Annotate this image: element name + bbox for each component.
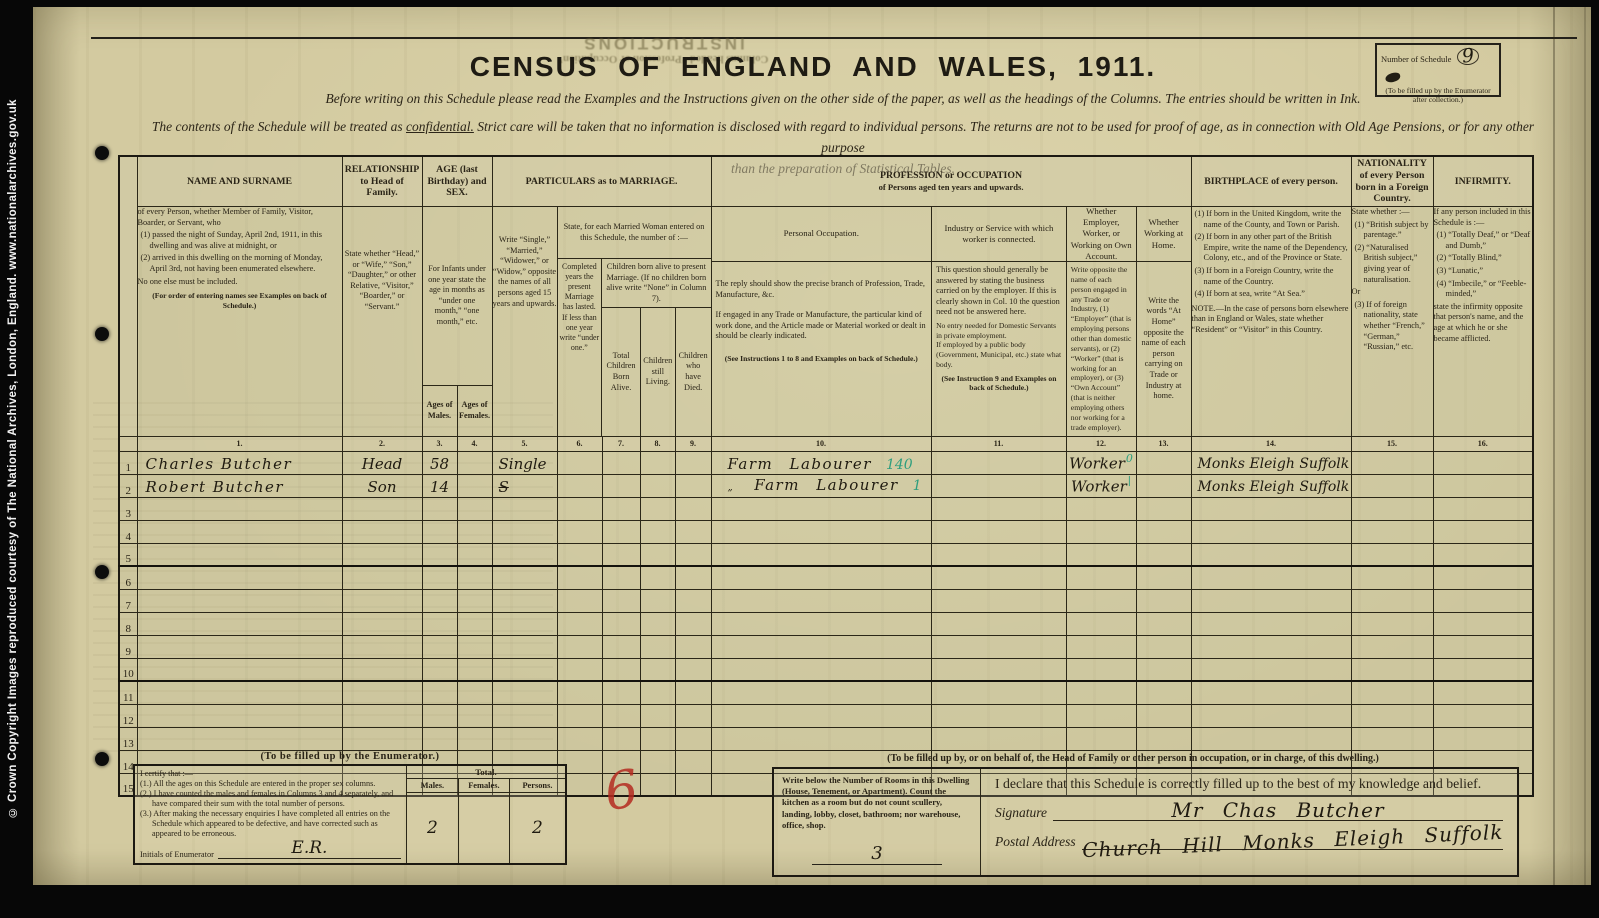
col-birthplace-title: BIRTHPLACE of every person. [1191,156,1351,207]
schedule-number-box: Number of Schedule 9 (To be filled up by… [1375,43,1501,97]
cell-name [137,635,342,658]
cell-died [675,773,711,796]
scanned-census-page: © Crown Copyright Images reproduced cour… [0,0,1599,918]
preamble2-pre: The contents of the Schedule will be tre… [152,119,406,134]
married-woman-header: State, for each Married Woman entered on… [558,207,711,259]
handwritten-entry: Head [362,455,403,473]
cell-relationship: Son [342,474,422,497]
cell-still_living [640,474,675,497]
cell-employment: Worker0 [1066,451,1136,474]
cell-relationship [342,681,422,704]
cell-nationality [1351,612,1433,635]
green-ink-annotation: 0 [1126,452,1133,465]
column-number: 9. [675,436,711,451]
cell-relationship [342,566,422,589]
cell-relationship [342,658,422,681]
cell-still_living [640,589,675,612]
enumerator-section-header: (To be filled up by the Enumerator.) [133,751,567,762]
ink-blot [1385,72,1401,83]
relationship-desc-text: State whether “Head,” or “Wife,” “Son,” … [343,249,422,313]
cell-employment [1066,704,1136,727]
industry-service-header: Industry or Service with which worker is… [931,207,1066,261]
cell-died [675,704,711,727]
green-ink-annotation: 1 [913,478,922,494]
cell-occupation [711,658,931,681]
row-number: 12 [119,704,137,727]
cell-birthplace [1191,704,1351,727]
cell-age_males [422,704,457,727]
col-relationship-desc: State whether “Head,” or “Wife,” “Son,” … [342,207,422,437]
cell-still_living [640,520,675,543]
cell-born_alive [602,704,640,727]
row-number: 9 [119,635,137,658]
col-profession-desc: Personal Occupation. Industry or Service… [711,207,1191,437]
cell-still_living [640,704,675,727]
cell-infirmity [1433,658,1533,681]
cell-born_alive [602,474,640,497]
cell-born_alive [602,566,640,589]
cell-relationship [342,612,422,635]
males-label: Males. [407,779,458,792]
industry-desc-p3: If employed by a public body (Government… [936,340,1062,369]
cell-occupation [711,566,931,589]
cell-died [675,474,711,497]
marriage-write-text: Write “Single,” “Married,” “Widower,” or… [493,235,557,309]
cell-years [557,543,602,566]
red-ink-mark: 6 [602,763,642,819]
cell-years [557,635,602,658]
cell-industry [931,704,1066,727]
cell-age_females [457,451,492,474]
cell-age_females [457,497,492,520]
handwritten-entry: 14 [430,478,449,496]
column-number: 8. [640,436,675,451]
col-infirmity-desc: If any person included in this Schedule … [1433,207,1533,437]
row-number: 5 [119,543,137,566]
enumerator-item2: (2.) I have counted the males and female… [140,789,401,809]
cell-age_females [457,543,492,566]
cell-industry [931,474,1066,497]
cell-died [675,589,711,612]
cell-industry [931,635,1066,658]
cell-years [557,681,602,704]
cell-age_females [457,704,492,727]
cell-born_alive [602,451,640,474]
cell-infirmity [1433,451,1533,474]
cell-name [137,612,342,635]
cell-died [675,543,711,566]
cell-infirmity [1433,612,1533,635]
children-born-header: Children born alive to present Marriage.… [602,259,710,308]
signature-label: Signature [995,805,1047,821]
col-nationality-title: NATIONALITY of every Person born in a Fo… [1351,156,1433,207]
table-row: 8 [119,612,1533,635]
row-number: 7 [119,589,137,612]
cell-occupation [711,681,931,704]
ages-of-males-header: Ages of Males. [423,386,458,436]
industry-desc-p2: No entry needed for Domestic Servants in… [936,321,1062,340]
column-number: 3. [422,436,457,451]
row-number: 3 [119,497,137,520]
column-number-blank [119,436,137,451]
census-table: NAME AND SURNAME RELATIONSHIP to Head of… [118,155,1534,797]
cell-name [137,589,342,612]
cell-years [557,658,602,681]
cell-born_alive [602,658,640,681]
handwritten-entry: Son [368,478,397,496]
column-number: 15. [1351,436,1433,451]
handwritten-entry: Farm Labourer [754,476,898,494]
declaration-box: Write below the Number of Rooms in this … [772,767,1519,877]
paper-sheet: Columns headed “Profession or Occupation… [33,7,1591,885]
infirmity-item4: (4) “Imbecile,” or “Feeble-minded,” [1434,279,1533,300]
cell-industry [931,681,1066,704]
cell-nationality [1351,474,1433,497]
cell-employment [1066,612,1136,635]
children-died-header: Children who have Died. [675,308,711,435]
cell-occupation [711,589,931,612]
postal-address-value: Church Hill Monks Eleigh Suffolk [1081,823,1503,860]
cell-birthplace [1191,658,1351,681]
cell-employment [1066,658,1136,681]
cell-age_males [422,566,457,589]
cell-name [137,543,342,566]
hole-punch [95,146,109,160]
cell-infirmity [1433,589,1533,612]
cell-birthplace [1191,566,1351,589]
cell-marriage [492,681,557,704]
group-profession-title: PROFESSION or OCCUPATION of Persons aged… [711,156,1191,207]
hole-punch [95,752,109,766]
cell-at_home [1136,612,1191,635]
cell-age_females [457,635,492,658]
persons-label: Persons. [509,779,565,792]
cell-nationality [1351,658,1433,681]
row-number: 1 [119,451,137,474]
occupation-desc-p1: The reply should show the precise branch… [716,279,928,300]
cell-relationship [342,497,422,520]
name-desc-intro: of every Person, whether Member of Famil… [138,207,342,228]
cell-still_living [640,566,675,589]
birthplace-item2: (2) If born in any other part of the Bri… [1192,232,1351,264]
cell-employment [1066,681,1136,704]
occupation-desc-p3: (See Instructions 1 to 8 and Examples on… [716,354,928,364]
handwritten-entry: Worker [1069,455,1125,473]
cell-still_living [640,658,675,681]
cell-occupation [711,635,931,658]
cell-born_alive [602,635,640,658]
column-number: 11. [931,436,1066,451]
cell-age_females [457,566,492,589]
cell-birthplace: Monks Eleigh Suffolk [1191,474,1351,497]
birthplace-note: NOTE.—In the case of persons born elsewh… [1192,304,1351,336]
completed-years-header: Completed years the present Marriage has… [558,259,603,436]
column-number: 5. [492,436,557,451]
table-row: 10 [119,658,1533,681]
personal-occupation-header: Personal Occupation. [712,207,932,261]
cell-industry [931,566,1066,589]
initials-line: E.R. [218,839,401,859]
cell-age_females [457,612,492,635]
cell-name [137,727,342,750]
rooms-instructions: Write below the Number of Rooms in this … [782,775,972,831]
cell-born_alive [602,727,640,750]
cell-birthplace [1191,543,1351,566]
name-desc-item2: (2) arrived in this dwelling on the morn… [138,253,342,274]
industry-desc-p4: (See Instruction 9 and Examples on back … [936,374,1062,393]
cell-infirmity [1433,681,1533,704]
handwritten-entry: Single [499,455,547,473]
cell-infirmity [1433,704,1533,727]
enumerator-box: I certify that :— (1.) All the ages on t… [133,764,567,865]
green-ink-annotation: 140 [886,457,913,473]
column-number: 16. [1433,436,1533,451]
cell-relationship [342,635,422,658]
nationality-item2: (2) “Naturalised British subject,” givin… [1352,243,1433,285]
cell-industry [931,612,1066,635]
cell-age_males [422,520,457,543]
col-marriage-write-desc: Write “Single,” “Married,” “Widower,” or… [492,207,557,437]
col-name-desc: of every Person, whether Member of Famil… [137,207,342,437]
cell-employment [1066,497,1136,520]
infirmity-intro: If any person included in this Schedule … [1434,207,1533,228]
cell-still_living [640,612,675,635]
cell-marriage [492,497,557,520]
column-number: 13. [1136,436,1191,451]
cell-at_home [1136,520,1191,543]
cell-nationality [1351,451,1433,474]
persons-total-value: 2 [532,819,543,838]
cell-died [675,750,711,773]
table-row: 13 [119,727,1533,750]
working-at-home-desc: Write the words “At Home” opposite the n… [1136,261,1191,436]
cell-years [557,474,602,497]
col-name-title: NAME AND SURNAME [137,156,342,207]
table-row: 4 [119,520,1533,543]
table-row: 6 [119,566,1533,589]
name-desc-item1: (1) passed the night of Sunday, April 2n… [138,230,342,251]
cell-years [557,520,602,543]
handwritten-entry: 58 [430,455,449,473]
nationality-item1: (1) “British subject by parentage.” [1352,220,1433,241]
cell-at_home [1136,451,1191,474]
infirmity-item3: (3) “Lunatic,” [1434,266,1533,277]
profession-title-sub: of Persons aged ten years and upwards. [714,182,1189,192]
table-row: 1Charles ButcherHead58SingleFarm Laboure… [119,451,1533,474]
cell-industry [931,658,1066,681]
col-infirmity-title: INFIRMITY. [1433,156,1533,207]
cell-employment [1066,589,1136,612]
cell-still_living [640,727,675,750]
cell-occupation [711,727,931,750]
cell-nationality [1351,520,1433,543]
handwritten-entry: Monks Eleigh Suffolk [1198,456,1350,472]
row-number-column-header [119,156,137,436]
cell-still_living [640,451,675,474]
green-ink-annotation: ∣ [1128,475,1131,488]
males-total-value: 2 [427,819,438,838]
cell-died [675,727,711,750]
cell-employment [1066,543,1136,566]
enumerator-item1: (1.) All the ages on this Schedule are e… [140,779,401,789]
cell-died [675,635,711,658]
cell-years [557,451,602,474]
cell-relationship [342,727,422,750]
page-title: CENSUS OF ENGLAND AND WALES, 1911. [293,51,1333,83]
working-at-home-header: Whether Working at Home. [1136,207,1191,261]
cell-died [675,566,711,589]
nationality-item3: (3) If of foreign nationality, state whe… [1352,300,1433,353]
cell-birthplace [1191,520,1351,543]
personal-occupation-desc: The reply should show the precise branch… [712,261,932,436]
cell-birthplace [1191,727,1351,750]
signature-line: Mr Chas Butcher [1053,801,1503,821]
initials-label: Initials of Enumerator [140,850,214,859]
preamble-line-1: Before writing on this Schedule please r… [143,91,1543,107]
cell-age_males [422,681,457,704]
employer-worker-desc: Write opposite the name of each person e… [1066,261,1136,436]
cell-nationality [1351,566,1433,589]
cell-occupation: „Farm Labourer1 [711,474,931,497]
cell-still_living [640,681,675,704]
cell-occupation [711,612,931,635]
cell-years [557,497,602,520]
cell-marriage [492,635,557,658]
cell-occupation [711,543,931,566]
cell-relationship [342,589,422,612]
enumerator-item3: (3.) After making the necessary enquirie… [140,809,401,839]
cell-at_home [1136,658,1191,681]
cell-died [675,658,711,681]
enumerator-certify: I certify that :— [140,769,401,779]
table-row: 3 [119,497,1533,520]
cell-marriage: Single [492,451,557,474]
cell-died [675,451,711,474]
cell-nationality [1351,589,1433,612]
cell-occupation: Farm Labourer140 [711,451,931,474]
bleedthrough-title: INSTRUCTIONS [253,33,1073,53]
cell-years [557,612,602,635]
col-age-desc: For Infants under one year state the age… [422,207,492,437]
cell-marriage [492,658,557,681]
cell-born_alive [602,589,640,612]
employer-worker-header: Whether Employer, Worker, or Working on … [1066,207,1136,261]
cell-at_home [1136,681,1191,704]
cell-name [137,658,342,681]
cell-age_males [422,589,457,612]
cell-marriage [492,543,557,566]
cell-infirmity [1433,497,1533,520]
name-desc-note: (For order of entering names see Example… [138,291,342,310]
postal-address-label: Postal Address [995,834,1076,850]
cell-industry [931,589,1066,612]
cell-at_home [1136,635,1191,658]
cell-still_living [640,635,675,658]
hole-punch [95,565,109,579]
cell-marriage [492,589,557,612]
schedule-number-label: Number of Schedule [1381,54,1451,64]
declaration-statement: I declare that this Schedule is correctl… [995,776,1503,792]
cell-born_alive [602,543,640,566]
cell-marriage: S [492,474,557,497]
cell-age_males [422,658,457,681]
rooms-value: 3 [871,843,882,864]
cell-years [557,704,602,727]
cell-relationship [342,543,422,566]
cell-birthplace [1191,612,1351,635]
cell-born_alive [602,612,640,635]
name-desc-noone: No one else must be included. [138,277,342,288]
cell-nationality [1351,543,1433,566]
cell-still_living [640,543,675,566]
cell-infirmity [1433,566,1533,589]
cell-industry [931,451,1066,474]
cell-still_living [640,750,675,773]
cell-infirmity [1433,635,1533,658]
total-children-header: Total Children Born Alive. [602,308,640,435]
declaration-section-header: (To be filled up by, or on behalf of, th… [733,753,1533,764]
column-number: 2. [342,436,422,451]
cell-employment [1066,566,1136,589]
age-infants-text: For Infants under one year state the age… [423,207,492,385]
cell-occupation [711,520,931,543]
hole-punch [95,327,109,341]
table-row: 5 [119,543,1533,566]
cell-marriage [492,520,557,543]
col-relationship-title: RELATIONSHIP to Head of Family. [342,156,422,207]
cell-at_home [1136,727,1191,750]
birthplace-item1: (1) If born in the United Kingdom, write… [1192,209,1351,230]
cell-still_living [640,773,675,796]
cell-age_males: 14 [422,474,457,497]
cell-employment [1066,635,1136,658]
cell-at_home [1136,474,1191,497]
cell-years [557,566,602,589]
ditto-mark: „ [728,482,735,493]
signature-value: Mr Chas Butcher [1171,798,1384,822]
cell-marriage [492,727,557,750]
column-number: 4. [457,436,492,451]
infirmity-item2: (2) “Totally Blind,” [1434,253,1533,264]
cell-birthplace [1191,497,1351,520]
industry-desc: This question should generally be answer… [931,261,1066,436]
profession-title-main: PROFESSION or OCCUPATION [880,170,1022,181]
cell-born_alive [602,520,640,543]
preamble2-confidential: confidential. [406,119,474,134]
cell-name: Charles Butcher [137,451,342,474]
nationality-or: Or [1352,287,1433,298]
cell-employment: Worker∣ [1066,474,1136,497]
cell-died [675,520,711,543]
handwritten-entry: S [499,478,509,496]
cell-born_alive [602,681,640,704]
cell-name [137,704,342,727]
table-row: 2Robert ButcherSon14S„Farm Labourer1Work… [119,474,1533,497]
cell-age_females [457,658,492,681]
col-marriage-children: State, for each Married Woman entered on… [557,207,711,437]
cell-age_males [422,635,457,658]
cell-years [557,727,602,750]
birthplace-item4: (4) If born at sea, write “At Sea.” [1192,289,1351,300]
cell-at_home [1136,497,1191,520]
nationality-intro: State whether :— [1352,207,1433,218]
cell-nationality [1351,704,1433,727]
cell-at_home [1136,589,1191,612]
row-number: 10 [119,658,137,681]
infirmity-item1: (1) “Totally Deaf,” or “Deaf and Dumb,” [1434,230,1533,251]
column-number: 10. [711,436,931,451]
handwritten-entry: Monks Eleigh Suffolk [1198,479,1350,495]
